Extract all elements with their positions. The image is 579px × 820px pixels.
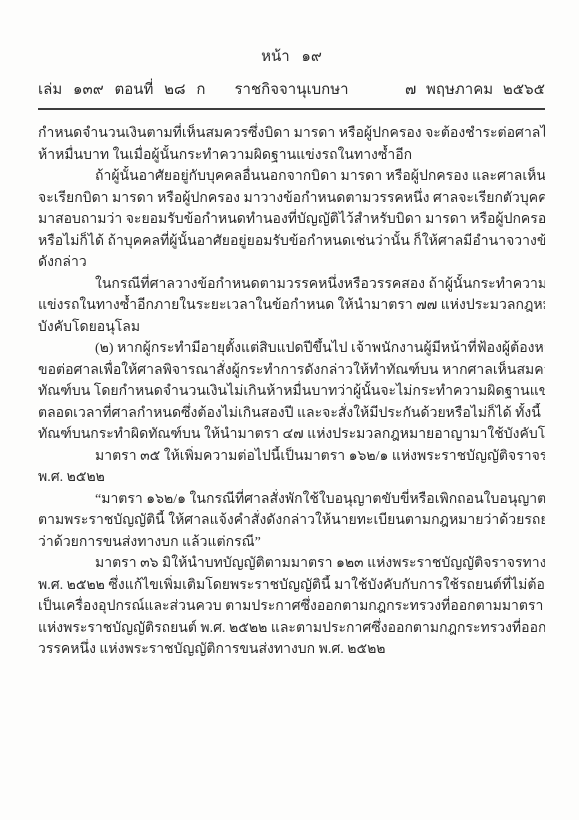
- text-line: กำหนดจำนวนเงินตามที่เห็นสมควรซึ่งบิดา มา…: [38, 123, 545, 145]
- text-line: ดังกล่าว: [38, 252, 545, 274]
- text-line: แข่งรถในทางซ้ำอีกภายในระยะเวลาในข้อกำหนด…: [38, 295, 545, 317]
- document-body: กำหนดจำนวนเงินตามที่เห็นสมควรซึ่งบิดา มา…: [38, 123, 545, 661]
- gazette-header: เล่ม ๑๓๙ ตอนที่ ๒๘ ก ราชกิจจานุเบกษา ๗ พ…: [38, 77, 545, 101]
- paragraph-court-order: ในกรณีที่ศาลวางข้อกำหนดตามวรรคหนึ่งหรือว…: [38, 274, 545, 339]
- paragraph-clause-2: (๒) หากผู้กระทำมีอายุตั้งแต่สิบแปดปีขึ้น…: [38, 338, 545, 446]
- text-line: ว่าด้วยการขนส่งทางบก แล้วแต่กรณี”: [38, 532, 545, 554]
- text-line: วรรคหนึ่ง แห่งพระราชบัญญัติการขนส่งทางบก…: [38, 639, 545, 661]
- text-line: มาตรา ๓๕ ให้เพิ่มความต่อไปนี้เป็นมาตรา ๑…: [38, 446, 545, 468]
- text-line: จะเรียกบิดา มารดา หรือผู้ปกครอง มาวางข้อ…: [38, 188, 545, 210]
- text-line: หรือไม่ก็ได้ ถ้าบุคคลที่ผู้นั้นอาศัยอยู่…: [38, 231, 545, 253]
- text-line: ถ้าผู้นั้นอาศัยอยู่กับบุคคลอื่นนอกจากบิด…: [38, 166, 545, 188]
- gazette-title: ราชกิจจานุเบกษา: [234, 77, 348, 101]
- text-line: พ.ศ. ๒๕๒๒: [38, 467, 545, 489]
- paragraph-continuation: กำหนดจำนวนเงินตามที่เห็นสมควรซึ่งบิดา มา…: [38, 123, 545, 166]
- text-line: มาตรา ๓๖ มิให้นำบทบัญญัติตามมาตรา ๑๒๓ แห…: [38, 553, 545, 575]
- text-line: (๒) หากผู้กระทำมีอายุตั้งแต่สิบแปดปีขึ้น…: [38, 338, 545, 360]
- text-line: บังคับโดยอนุโลม: [38, 317, 545, 339]
- text-line: มาสอบถามว่า จะยอมรับข้อกำหนดทำนองที่บัญญ…: [38, 209, 545, 231]
- text-line: ขอต่อศาลเพื่อให้ศาลพิจารณาสั่งผู้กระทำกา…: [38, 360, 545, 382]
- paragraph-section-36: มาตรา ๓๖ มิให้นำบทบัญญัติตามมาตรา ๑๒๓ แห…: [38, 553, 545, 661]
- text-line: ในกรณีที่ศาลวางข้อกำหนดตามวรรคหนึ่งหรือว…: [38, 274, 545, 296]
- text-line: ตามพระราชบัญญัตินี้ ให้ศาลแจ้งคำสั่งดังก…: [38, 510, 545, 532]
- header-rule: [38, 108, 545, 110]
- publication-date: ๗ พฤษภาคม ๒๕๖๕: [405, 77, 545, 101]
- paragraph-guardian-conditions: ถ้าผู้นั้นอาศัยอยู่กับบุคคลอื่นนอกจากบิด…: [38, 166, 545, 274]
- paragraph-section-35: มาตรา ๓๕ ให้เพิ่มความต่อไปนี้เป็นมาตรา ๑…: [38, 446, 545, 489]
- text-line: ตลอดเวลาที่ศาลกำหนดซึ่งต้องไม่เกินสองปี …: [38, 403, 545, 425]
- page-number: หน้า ๑๙: [38, 44, 545, 68]
- text-line: พ.ศ. ๒๕๒๒ ซึ่งแก้ไขเพิ่มเติมโดยพระราชบัญ…: [38, 575, 545, 597]
- text-line: ทัณฑ์บนกระทำผิดทัณฑ์บน ให้นำมาตรา ๔๗ แห่…: [38, 424, 545, 446]
- text-line: ทัณฑ์บน โดยกำหนดจำนวนเงินไม่เกินห้าหมื่น…: [38, 381, 545, 403]
- text-line: ห้าหมื่นบาท ในเมื่อผู้นั้นกระทำความผิดฐา…: [38, 145, 545, 167]
- text-line: “มาตรา ๑๖๒/๑ ในกรณีที่ศาลสั่งพักใช้ใบอนุ…: [38, 489, 545, 511]
- text-line: แห่งพระราชบัญญัติรถยนต์ พ.ศ. ๒๕๒๒ และตาม…: [38, 618, 545, 640]
- volume-issue-label: เล่ม ๑๓๙ ตอนที่ ๒๘ ก: [38, 77, 205, 101]
- gazette-page: หน้า ๑๙ เล่ม ๑๓๙ ตอนที่ ๒๘ ก ราชกิจจานุเ…: [0, 0, 579, 820]
- text-line: เป็นเครื่องอุปกรณ์และส่วนควบ ตามประกาศซึ…: [38, 596, 545, 618]
- paragraph-section-162-1: “มาตรา ๑๖๒/๑ ในกรณีที่ศาลสั่งพักใช้ใบอนุ…: [38, 489, 545, 554]
